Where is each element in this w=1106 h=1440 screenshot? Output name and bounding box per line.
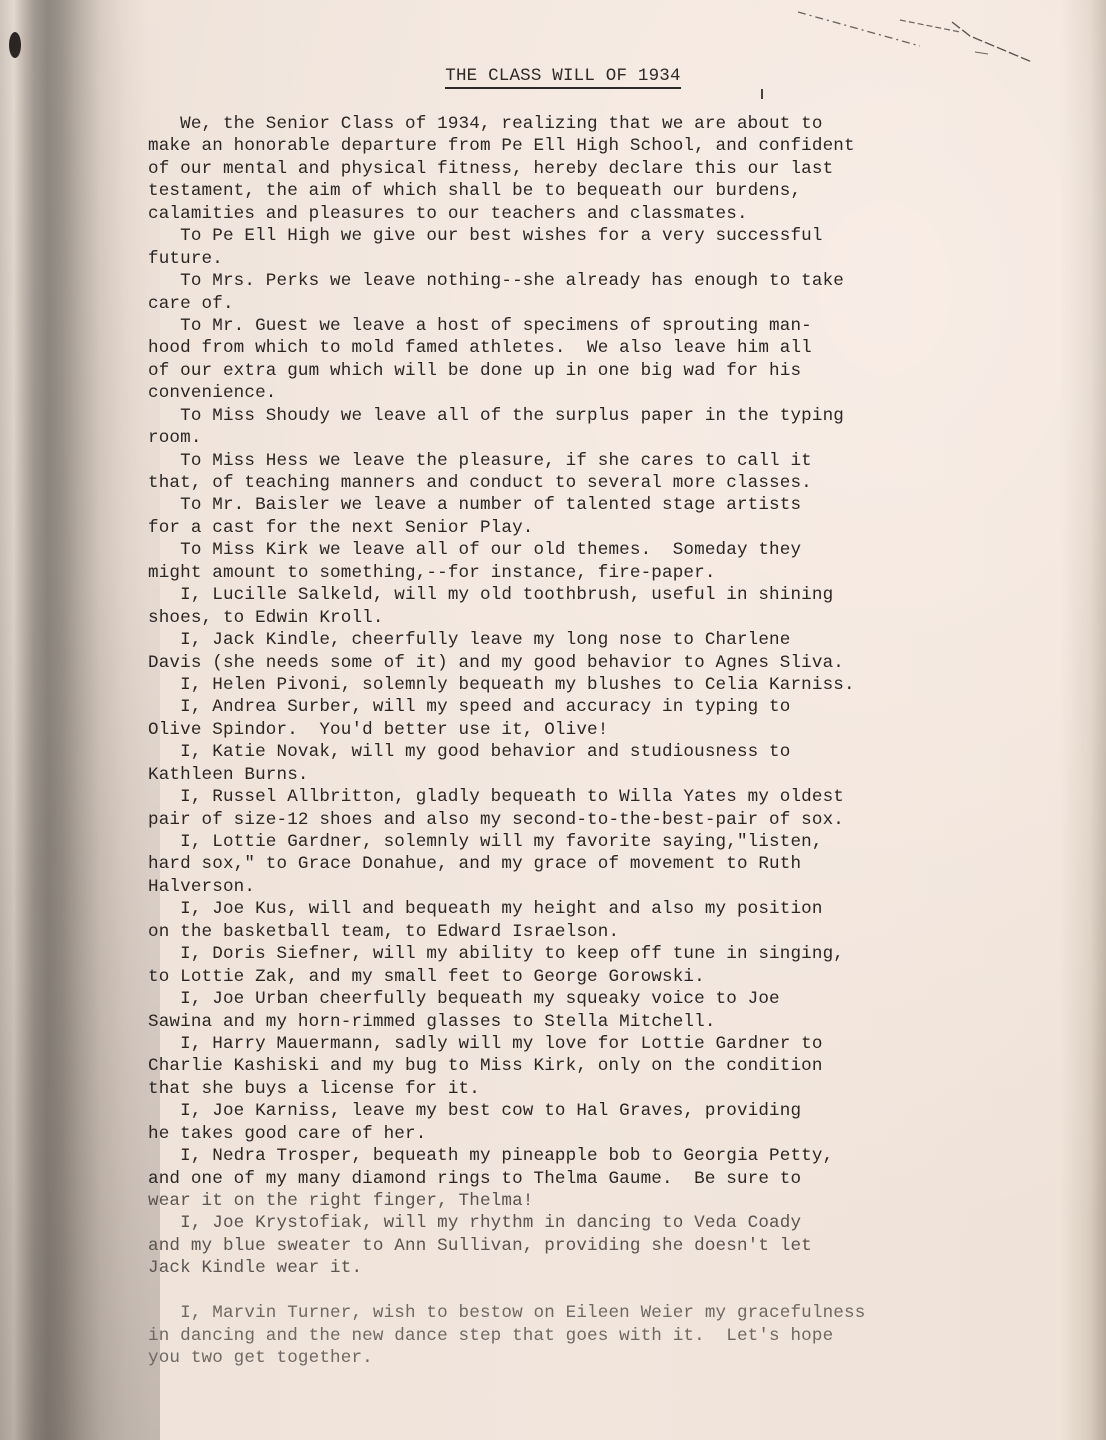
document-title: THE CLASS WILL OF 1934 xyxy=(0,66,1106,89)
text-line xyxy=(148,1280,1078,1302)
text-line: Davis (she needs some of it) and my good… xyxy=(148,652,1078,674)
text-line: To Mr. Guest we leave a host of specimen… xyxy=(148,315,1078,337)
text-line: I, Joe Urban cheerfully bequeath my sque… xyxy=(148,988,1078,1010)
text-line: of our mental and physical fitness, here… xyxy=(148,158,1078,180)
text-line: Sawina and my horn-rimmed glasses to Ste… xyxy=(148,1011,1078,1033)
text-line: he takes good care of her. xyxy=(148,1123,1078,1145)
text-line: future. xyxy=(148,248,1078,270)
text-line: Jack Kindle wear it. xyxy=(148,1257,1078,1279)
text-line: I, Andrea Surber, will my speed and accu… xyxy=(148,696,1078,718)
text-line: To Pe Ell High we give our best wishes f… xyxy=(148,225,1078,247)
text-line: and one of my many diamond rings to Thel… xyxy=(148,1168,1078,1190)
text-line: calamities and pleasures to our teachers… xyxy=(148,203,1078,225)
pencil-marks xyxy=(770,4,1070,64)
text-line: To Miss Kirk we leave all of our old the… xyxy=(148,539,1078,561)
text-line: convenience. xyxy=(148,382,1078,404)
text-line: To Mr. Baisler we leave a number of tale… xyxy=(148,494,1078,516)
text-line: I, Joe Kus, will and bequeath my height … xyxy=(148,898,1078,920)
text-line: room. xyxy=(148,427,1078,449)
text-line: shoes, to Edwin Kroll. xyxy=(148,607,1078,629)
text-line: I, Harry Mauermann, sadly will my love f… xyxy=(148,1033,1078,1055)
text-line: and my blue sweater to Ann Sullivan, pro… xyxy=(148,1235,1078,1257)
text-line: I, Helen Pivoni, solemnly bequeath my bl… xyxy=(148,674,1078,696)
text-line: To Mrs. Perks we leave nothing--she alre… xyxy=(148,270,1078,292)
text-line: testament, the aim of which shall be to … xyxy=(148,180,1078,202)
text-line: of our extra gum which will be done up i… xyxy=(148,360,1078,382)
text-line: for a cast for the next Senior Play. xyxy=(148,517,1078,539)
text-line: To Miss Shoudy we leave all of the surpl… xyxy=(148,405,1078,427)
text-line: hood from which to mold famed athletes. … xyxy=(148,337,1078,359)
text-line: I, Katie Novak, will my good behavior an… xyxy=(148,741,1078,763)
text-line: care of. xyxy=(148,293,1078,315)
text-line: make an honorable departure from Pe Ell … xyxy=(148,135,1078,157)
text-line: I, Joe Krystofiak, will my rhythm in dan… xyxy=(148,1212,1078,1234)
title-text: THE CLASS WILL OF 1934 xyxy=(445,66,680,89)
binder-hole xyxy=(9,32,21,58)
text-line: might amount to something,--for instance… xyxy=(148,562,1078,584)
text-line: I, Lucille Salkeld, will my old toothbru… xyxy=(148,584,1078,606)
text-line: Charlie Kashiski and my bug to Miss Kirk… xyxy=(148,1055,1078,1077)
text-line: that, of teaching manners and conduct to… xyxy=(148,472,1078,494)
text-line: wear it on the right finger, Thelma! xyxy=(148,1190,1078,1212)
stray-mark xyxy=(761,89,763,99)
text-line: that she buys a license for it. xyxy=(148,1078,1078,1100)
text-line: Halverson. xyxy=(148,876,1078,898)
text-line: I, Lottie Gardner, solemnly will my favo… xyxy=(148,831,1078,853)
text-line: Kathleen Burns. xyxy=(148,764,1078,786)
text-line: I, Doris Siefner, will my ability to kee… xyxy=(148,943,1078,965)
text-line: on the basketball team, to Edward Israel… xyxy=(148,921,1078,943)
text-line: you two get together. xyxy=(148,1347,1078,1369)
text-line: I, Marvin Turner, wish to bestow on Eile… xyxy=(148,1302,1078,1324)
text-line: I, Jack Kindle, cheerfully leave my long… xyxy=(148,629,1078,651)
text-line: I, Russel Allbritton, gladly bequeath to… xyxy=(148,786,1078,808)
text-line: Olive Spindor. You'd better use it, Oliv… xyxy=(148,719,1078,741)
text-line: I, Nedra Trosper, bequeath my pineapple … xyxy=(148,1145,1078,1167)
text-line: I, Joe Karniss, leave my best cow to Hal… xyxy=(148,1100,1078,1122)
text-line: To Miss Hess we leave the pleasure, if s… xyxy=(148,450,1078,472)
text-line: hard sox," to Grace Donahue, and my grac… xyxy=(148,853,1078,875)
text-line: to Lottie Zak, and my small feet to Geor… xyxy=(148,966,1078,988)
text-line: in dancing and the new dance step that g… xyxy=(148,1325,1078,1347)
text-line: pair of size-12 shoes and also my second… xyxy=(148,809,1078,831)
document-body: We, the Senior Class of 1934, realizing … xyxy=(148,113,1078,1370)
text-line: We, the Senior Class of 1934, realizing … xyxy=(148,113,1078,135)
